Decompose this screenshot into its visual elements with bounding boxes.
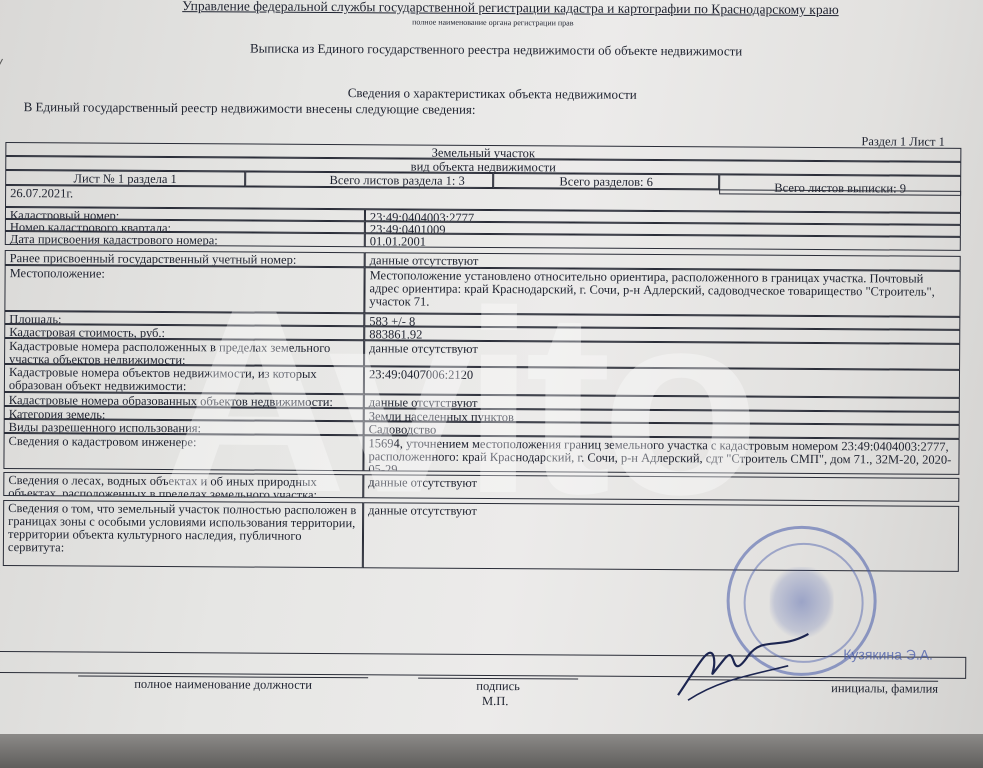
sheet-number: Лист № 1 раздела 1 (5, 170, 245, 186)
row-value: данные отсутствуют (364, 340, 960, 370)
row-value: Местоположение установлено относительно … (364, 267, 960, 317)
row-value: 01.01.2001 (365, 233, 961, 251)
position-caption: полное наименование должности (78, 675, 368, 693)
row-label: Сведения о кадастровом инженере: (3, 433, 363, 471)
organization-name: Управление федеральной службы государств… (182, 0, 839, 18)
pen-mark: / (0, 53, 4, 80)
total-sheets-section: Всего листов раздела 1: 3 (245, 172, 493, 189)
table-surface (0, 734, 983, 768)
intro-text: В Единый государственный реестр недвижим… (24, 99, 476, 118)
row-value: данные отсутствуют (363, 502, 959, 572)
document-title: Выписка из Единого государственного реес… (250, 41, 742, 60)
handwritten-signature (668, 625, 818, 706)
row-label: Местоположение: (4, 265, 364, 313)
row-label: Кадастровые номера расположенных в преде… (4, 338, 364, 366)
row-label: Сведения о том, что земельный участок по… (3, 500, 363, 568)
stamp-place: М.П. (482, 694, 508, 709)
row-value: 23:49:0407006:2120 (364, 366, 960, 398)
document-page: / Управление федеральной службы государс… (0, 0, 983, 757)
organization-caption: полное наименование органа регистрации п… (412, 18, 573, 28)
signer-name: Кузякина Э.А. (843, 646, 933, 663)
row-label: Сведения о лесах, водных объектах и об и… (3, 472, 363, 498)
section-title: Сведения о характеристиках объекта недви… (348, 85, 637, 103)
total-sections: Всего разделов: 6 (493, 173, 719, 189)
signature-caption: подпись (418, 678, 578, 695)
row-value: данные отсутствуют (363, 474, 959, 502)
row-label: Кадастровые номера объектов недвижимости… (4, 364, 364, 394)
row-value: 15694, уточнением местоположения границ … (363, 435, 959, 475)
row-label: Дата присвоения кадастрового номера: (5, 231, 365, 247)
